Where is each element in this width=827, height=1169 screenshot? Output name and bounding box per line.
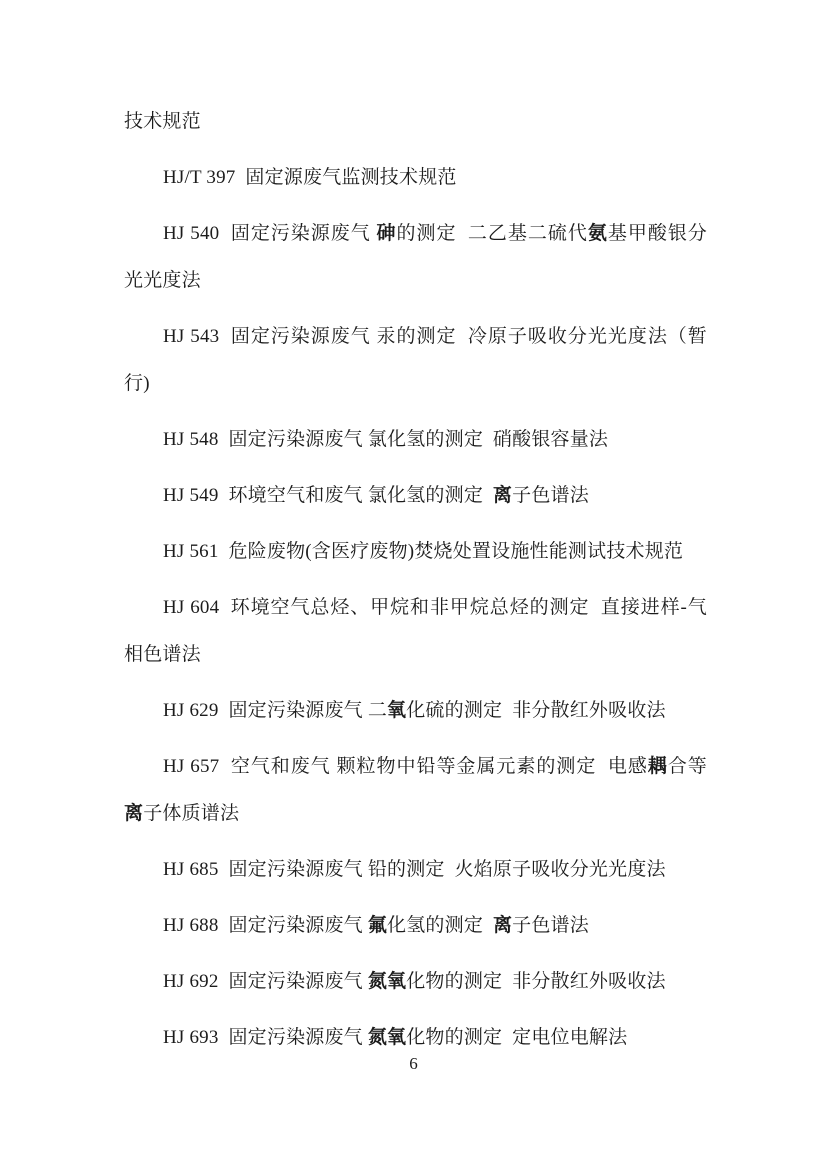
bold-text-segment: 离 [493,485,512,506]
bold-text-segment: 离 [493,915,512,936]
text-segment: HJ 540 固定污染源废气 [163,223,376,244]
bold-text-segment: 氮氧 [368,1027,406,1048]
text-line: 离子体质谱法 [124,790,707,837]
text-line: HJ 561 危险废物(含医疗废物)焚烧处置设施性能测试技术规范 [124,528,707,575]
text-segment: 子体质谱法 [143,803,239,824]
text-line: HJ 549 环境空气和废气 氯化氢的测定 离子色谱法 [124,472,707,519]
text-line: HJ 692 固定污染源废气 氮氧化物的测定 非分散红外吸收法 [124,958,707,1005]
item-hj-688: HJ 688 固定污染源废气 氟化氢的测定 离子色谱法 [124,902,707,949]
text-line: 技术规范 [124,98,707,145]
bold-text-segment: 耦 [648,756,668,777]
text-line: HJ 657 空气和废气 颗粒物中铅等金属元素的测定 电感耦合等 [124,743,707,790]
text-line: 行) [124,360,707,407]
item-hj-540: HJ 540 固定污染源废气 砷的测定 二乙基二硫代氨基甲酸银分光光度法 [124,210,707,304]
text-segment: HJ 692 固定污染源废气 [163,971,368,992]
text-segment: 光光度法 [124,270,201,291]
text-segment: HJ 548 固定污染源废气 氯化氢的测定 硝酸银容量法 [163,429,608,450]
text-segment: 化硫的测定 非分散红外吸收法 [406,700,666,721]
text-segment: HJ 693 固定污染源废气 [163,1027,368,1048]
text-line: HJ 688 固定污染源废气 氟化氢的测定 离子色谱法 [124,902,707,949]
text-segment: HJ 604 环境空气总烃、甲烷和非甲烷总烃的测定 直接进样-气 [163,597,707,618]
text-segment: 合等 [668,756,707,777]
text-segment: 相色谱法 [124,644,201,665]
text-segment: 行) [124,373,150,394]
item-hj-561: HJ 561 危险废物(含医疗废物)焚烧处置设施性能测试技术规范 [124,528,707,575]
text-line: 光光度法 [124,257,707,304]
text-segment: 化物的测定 非分散红外吸收法 [406,971,666,992]
text-line: HJ 548 固定污染源废气 氯化氢的测定 硝酸银容量法 [124,416,707,463]
page-number: 6 [0,1053,827,1075]
text-segment: 子色谱法 [512,915,589,936]
text-segment: HJ 543 固定污染源废气 汞的测定 冷原子吸收分光光度法（暂 [163,326,707,347]
item-hj-692: HJ 692 固定污染源废气 氮氧化物的测定 非分散红外吸收法 [124,958,707,1005]
text-line: 相色谱法 [124,631,707,678]
text-segment: HJ 549 环境空气和废气 氯化氢的测定 [163,485,493,506]
item-hj-604: HJ 604 环境空气总烃、甲烷和非甲烷总烃的测定 直接进样-气相色谱法 [124,584,707,678]
text-segment: HJ 629 固定污染源废气 二 [163,700,387,721]
text-segment: HJ/T 397 固定源废气监测技术规范 [163,167,457,188]
text-segment: HJ 688 固定污染源废气 [163,915,368,936]
text-segment: 基甲酸银分 [608,223,707,244]
text-segment: 化氢的测定 [387,915,493,936]
bold-text-segment: 氧 [387,700,406,721]
continued-text: 技术规范 [124,98,707,145]
document-page: 技术规范HJ/T 397 固定源废气监测技术规范HJ 540 固定污染源废气 砷… [0,0,827,1169]
standards-list: 技术规范HJ/T 397 固定源废气监测技术规范HJ 540 固定污染源废气 砷… [124,98,707,1070]
item-hj-657: HJ 657 空气和废气 颗粒物中铅等金属元素的测定 电感耦合等离子体质谱法 [124,743,707,837]
bold-text-segment: 砷 [376,223,396,244]
item-hj-543: HJ 543 固定污染源废气 汞的测定 冷原子吸收分光光度法（暂行) [124,313,707,407]
bold-text-segment: 氮氧 [368,971,406,992]
item-hj-629: HJ 629 固定污染源废气 二氧化硫的测定 非分散红外吸收法 [124,687,707,734]
bold-text-segment: 离 [124,803,143,824]
text-line: HJ 629 固定污染源废气 二氧化硫的测定 非分散红外吸收法 [124,687,707,734]
text-segment: 子色谱法 [512,485,589,506]
bold-text-segment: 氟 [368,915,387,936]
text-segment: HJ 685 固定污染源废气 铅的测定 火焰原子吸收分光光度法 [163,859,666,880]
bold-text-segment: 氨 [588,223,608,244]
text-segment: HJ 561 危险废物(含医疗废物)焚烧处置设施性能测试技术规范 [163,541,683,562]
text-line: HJ 543 固定污染源废气 汞的测定 冷原子吸收分光光度法（暂 [124,313,707,360]
text-segment: 化物的测定 定电位电解法 [406,1027,627,1048]
item-hj-549: HJ 549 环境空气和废气 氯化氢的测定 离子色谱法 [124,472,707,519]
text-line: HJ 540 固定污染源废气 砷的测定 二乙基二硫代氨基甲酸银分 [124,210,707,257]
text-segment: 的测定 二乙基二硫代 [396,223,587,244]
item-hj-685: HJ 685 固定污染源废气 铅的测定 火焰原子吸收分光光度法 [124,846,707,893]
item-hj-548: HJ 548 固定污染源废气 氯化氢的测定 硝酸银容量法 [124,416,707,463]
text-line: HJ/T 397 固定源废气监测技术规范 [124,154,707,201]
item-hjt-397: HJ/T 397 固定源废气监测技术规范 [124,154,707,201]
text-segment: 技术规范 [124,111,201,132]
text-segment: HJ 657 空气和废气 颗粒物中铅等金属元素的测定 电感 [163,756,648,777]
text-line: HJ 604 环境空气总烃、甲烷和非甲烷总烃的测定 直接进样-气 [124,584,707,631]
text-line: HJ 685 固定污染源废气 铅的测定 火焰原子吸收分光光度法 [124,846,707,893]
